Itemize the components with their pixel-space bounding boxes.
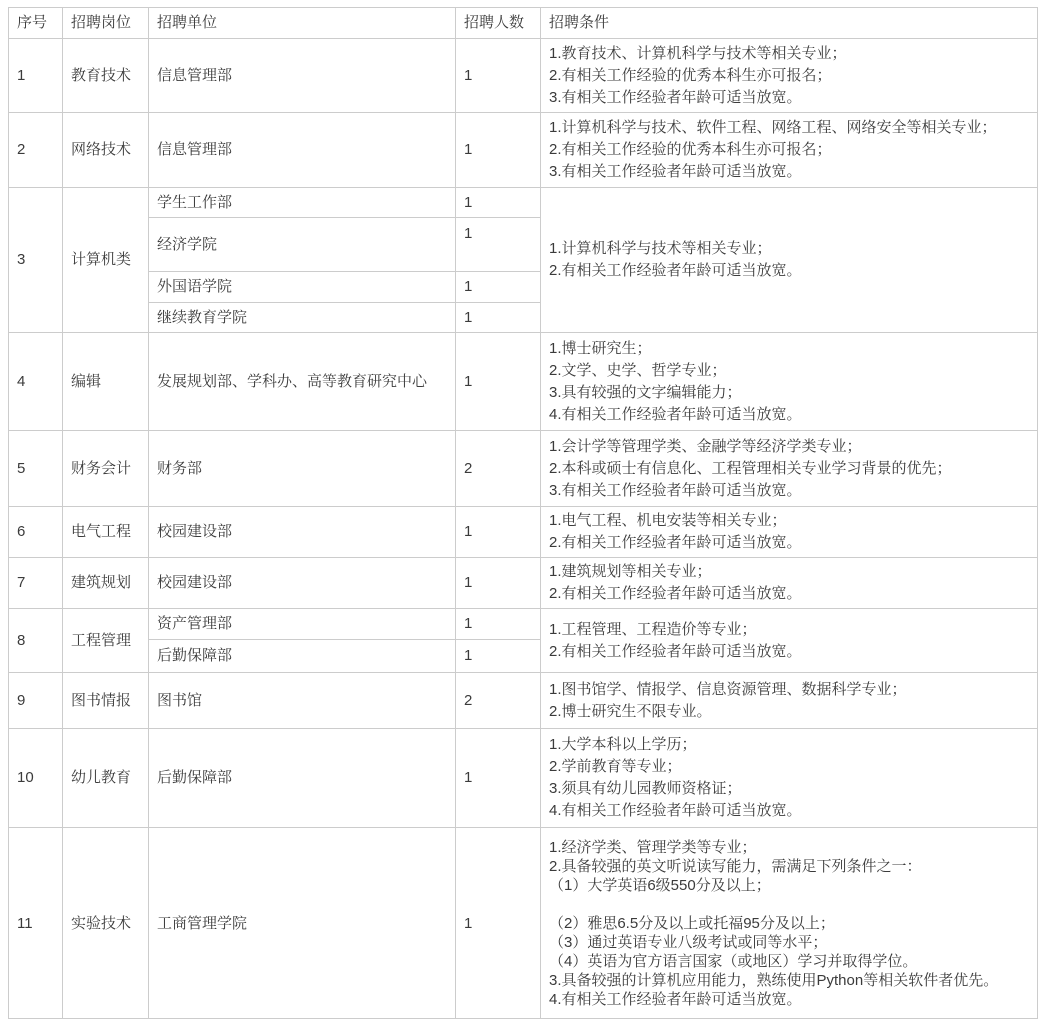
header-count: 招聘人数 — [456, 8, 541, 39]
position-cell: 电气工程 — [63, 507, 149, 558]
count-cell: 1 — [456, 333, 541, 431]
seq-cell: 10 — [9, 729, 63, 828]
unit-cell: 图书馆 — [149, 673, 456, 729]
count-cell: 1 — [456, 39, 541, 113]
unit-cell: 发展规划部、学科办、高等教育研究中心 — [149, 333, 456, 431]
count-cell: 1 — [456, 303, 541, 333]
count-cell: 1 — [456, 609, 541, 640]
position-cell: 计算机类 — [63, 188, 149, 333]
table-row: 2网络技术信息管理部11.计算机科学与技术、软件工程、网络工程、网络安全等相关专… — [9, 113, 1038, 188]
count-cell: 1 — [456, 729, 541, 828]
unit-cell: 信息管理部 — [149, 113, 456, 188]
seq-cell: 11 — [9, 828, 63, 1019]
unit-cell: 工商管理学院 — [149, 828, 456, 1019]
conditions-cell: 1.会计学等管理学类、金融学等经济学类专业； 2.本科或硕士有信息化、工程管理相… — [541, 431, 1038, 507]
header-seq: 序号 — [9, 8, 63, 39]
conditions-cell: 1.工程管理、工程造价等专业； 2.有相关工作经验者年龄可适当放宽。 — [541, 609, 1038, 673]
count-cell: 1 — [456, 218, 541, 272]
position-cell: 建筑规划 — [63, 558, 149, 609]
table-row: 6电气工程校园建设部11.电气工程、机电安装等相关专业； 2.有相关工作经验者年… — [9, 507, 1038, 558]
header-unit: 招聘单位 — [149, 8, 456, 39]
conditions-cell: 1.建筑规划等相关专业； 2.有相关工作经验者年龄可适当放宽。 — [541, 558, 1038, 609]
page: 序号招聘岗位招聘单位招聘人数招聘条件 1教育技术信息管理部11.教育技术、计算机… — [0, 0, 1045, 1026]
header-conditions: 招聘条件 — [541, 8, 1038, 39]
count-cell: 1 — [456, 113, 541, 188]
position-cell: 实验技术 — [63, 828, 149, 1019]
count-cell: 2 — [456, 431, 541, 507]
table-body: 1教育技术信息管理部11.教育技术、计算机科学与技术等相关专业； 2.有相关工作… — [9, 39, 1038, 1019]
count-cell: 1 — [456, 558, 541, 609]
unit-cell: 经济学院 — [149, 218, 456, 272]
conditions-cell: 1.经济学类、管理学类等专业； 2.具备较强的英文听说读写能力，需满足下列条件之… — [541, 828, 1038, 1019]
table-row: 7建筑规划校园建设部11.建筑规划等相关专业； 2.有相关工作经验者年龄可适当放… — [9, 558, 1038, 609]
count-cell: 2 — [456, 673, 541, 729]
count-cell: 1 — [456, 272, 541, 303]
conditions-cell: 1.大学本科以上学历； 2.学前教育等专业； 3.须具有幼儿园教师资格证； 4.… — [541, 729, 1038, 828]
unit-cell: 后勤保障部 — [149, 729, 456, 828]
conditions-cell: 1.博士研究生； 2.文学、史学、哲学专业； 3.具有较强的文字编辑能力； 4.… — [541, 333, 1038, 431]
seq-cell: 9 — [9, 673, 63, 729]
table-row: 9图书情报图书馆21.图书馆学、情报学、信息资源管理、数据科学专业； 2.博士研… — [9, 673, 1038, 729]
header-position: 招聘岗位 — [63, 8, 149, 39]
table-row: 4编辑发展规划部、学科办、高等教育研究中心11.博士研究生； 2.文学、史学、哲… — [9, 333, 1038, 431]
unit-cell: 校园建设部 — [149, 558, 456, 609]
position-cell: 网络技术 — [63, 113, 149, 188]
unit-cell: 外国语学院 — [149, 272, 456, 303]
unit-cell: 继续教育学院 — [149, 303, 456, 333]
conditions-cell: 1.教育技术、计算机科学与技术等相关专业； 2.有相关工作经验的优秀本科生亦可报… — [541, 39, 1038, 113]
table-row: 8工程管理资产管理部11.工程管理、工程造价等专业； 2.有相关工作经验者年龄可… — [9, 609, 1038, 640]
unit-cell: 资产管理部 — [149, 609, 456, 640]
position-cell: 编辑 — [63, 333, 149, 431]
recruitment-table: 序号招聘岗位招聘单位招聘人数招聘条件 1教育技术信息管理部11.教育技术、计算机… — [8, 7, 1038, 1019]
header-row: 序号招聘岗位招聘单位招聘人数招聘条件 — [9, 8, 1038, 39]
unit-cell: 信息管理部 — [149, 39, 456, 113]
unit-cell: 后勤保障部 — [149, 640, 456, 673]
table-row: 5财务会计财务部21.会计学等管理学类、金融学等经济学类专业； 2.本科或硕士有… — [9, 431, 1038, 507]
position-cell: 财务会计 — [63, 431, 149, 507]
position-cell: 工程管理 — [63, 609, 149, 673]
seq-cell: 8 — [9, 609, 63, 673]
unit-cell: 学生工作部 — [149, 188, 456, 218]
count-cell: 1 — [456, 507, 541, 558]
table-row: 1教育技术信息管理部11.教育技术、计算机科学与技术等相关专业； 2.有相关工作… — [9, 39, 1038, 113]
table-row: 11实验技术工商管理学院11.经济学类、管理学类等专业； 2.具备较强的英文听说… — [9, 828, 1038, 1019]
seq-cell: 6 — [9, 507, 63, 558]
seq-cell: 7 — [9, 558, 63, 609]
conditions-cell: 1.计算机科学与技术等相关专业； 2.有相关工作经验者年龄可适当放宽。 — [541, 188, 1038, 333]
count-cell: 1 — [456, 828, 541, 1019]
position-cell: 图书情报 — [63, 673, 149, 729]
count-cell: 1 — [456, 640, 541, 673]
seq-cell: 2 — [9, 113, 63, 188]
conditions-cell: 1.电气工程、机电安装等相关专业； 2.有相关工作经验者年龄可适当放宽。 — [541, 507, 1038, 558]
position-cell: 教育技术 — [63, 39, 149, 113]
table-row: 10幼儿教育后勤保障部11.大学本科以上学历； 2.学前教育等专业； 3.须具有… — [9, 729, 1038, 828]
conditions-cell: 1.计算机科学与技术、软件工程、网络工程、网络安全等相关专业； 2.有相关工作经… — [541, 113, 1038, 188]
table-row: 3计算机类学生工作部11.计算机科学与技术等相关专业； 2.有相关工作经验者年龄… — [9, 188, 1038, 218]
unit-cell: 财务部 — [149, 431, 456, 507]
seq-cell: 3 — [9, 188, 63, 333]
seq-cell: 4 — [9, 333, 63, 431]
conditions-cell: 1.图书馆学、情报学、信息资源管理、数据科学专业； 2.博士研究生不限专业。 — [541, 673, 1038, 729]
seq-cell: 1 — [9, 39, 63, 113]
unit-cell: 校园建设部 — [149, 507, 456, 558]
seq-cell: 5 — [9, 431, 63, 507]
position-cell: 幼儿教育 — [63, 729, 149, 828]
count-cell: 1 — [456, 188, 541, 218]
